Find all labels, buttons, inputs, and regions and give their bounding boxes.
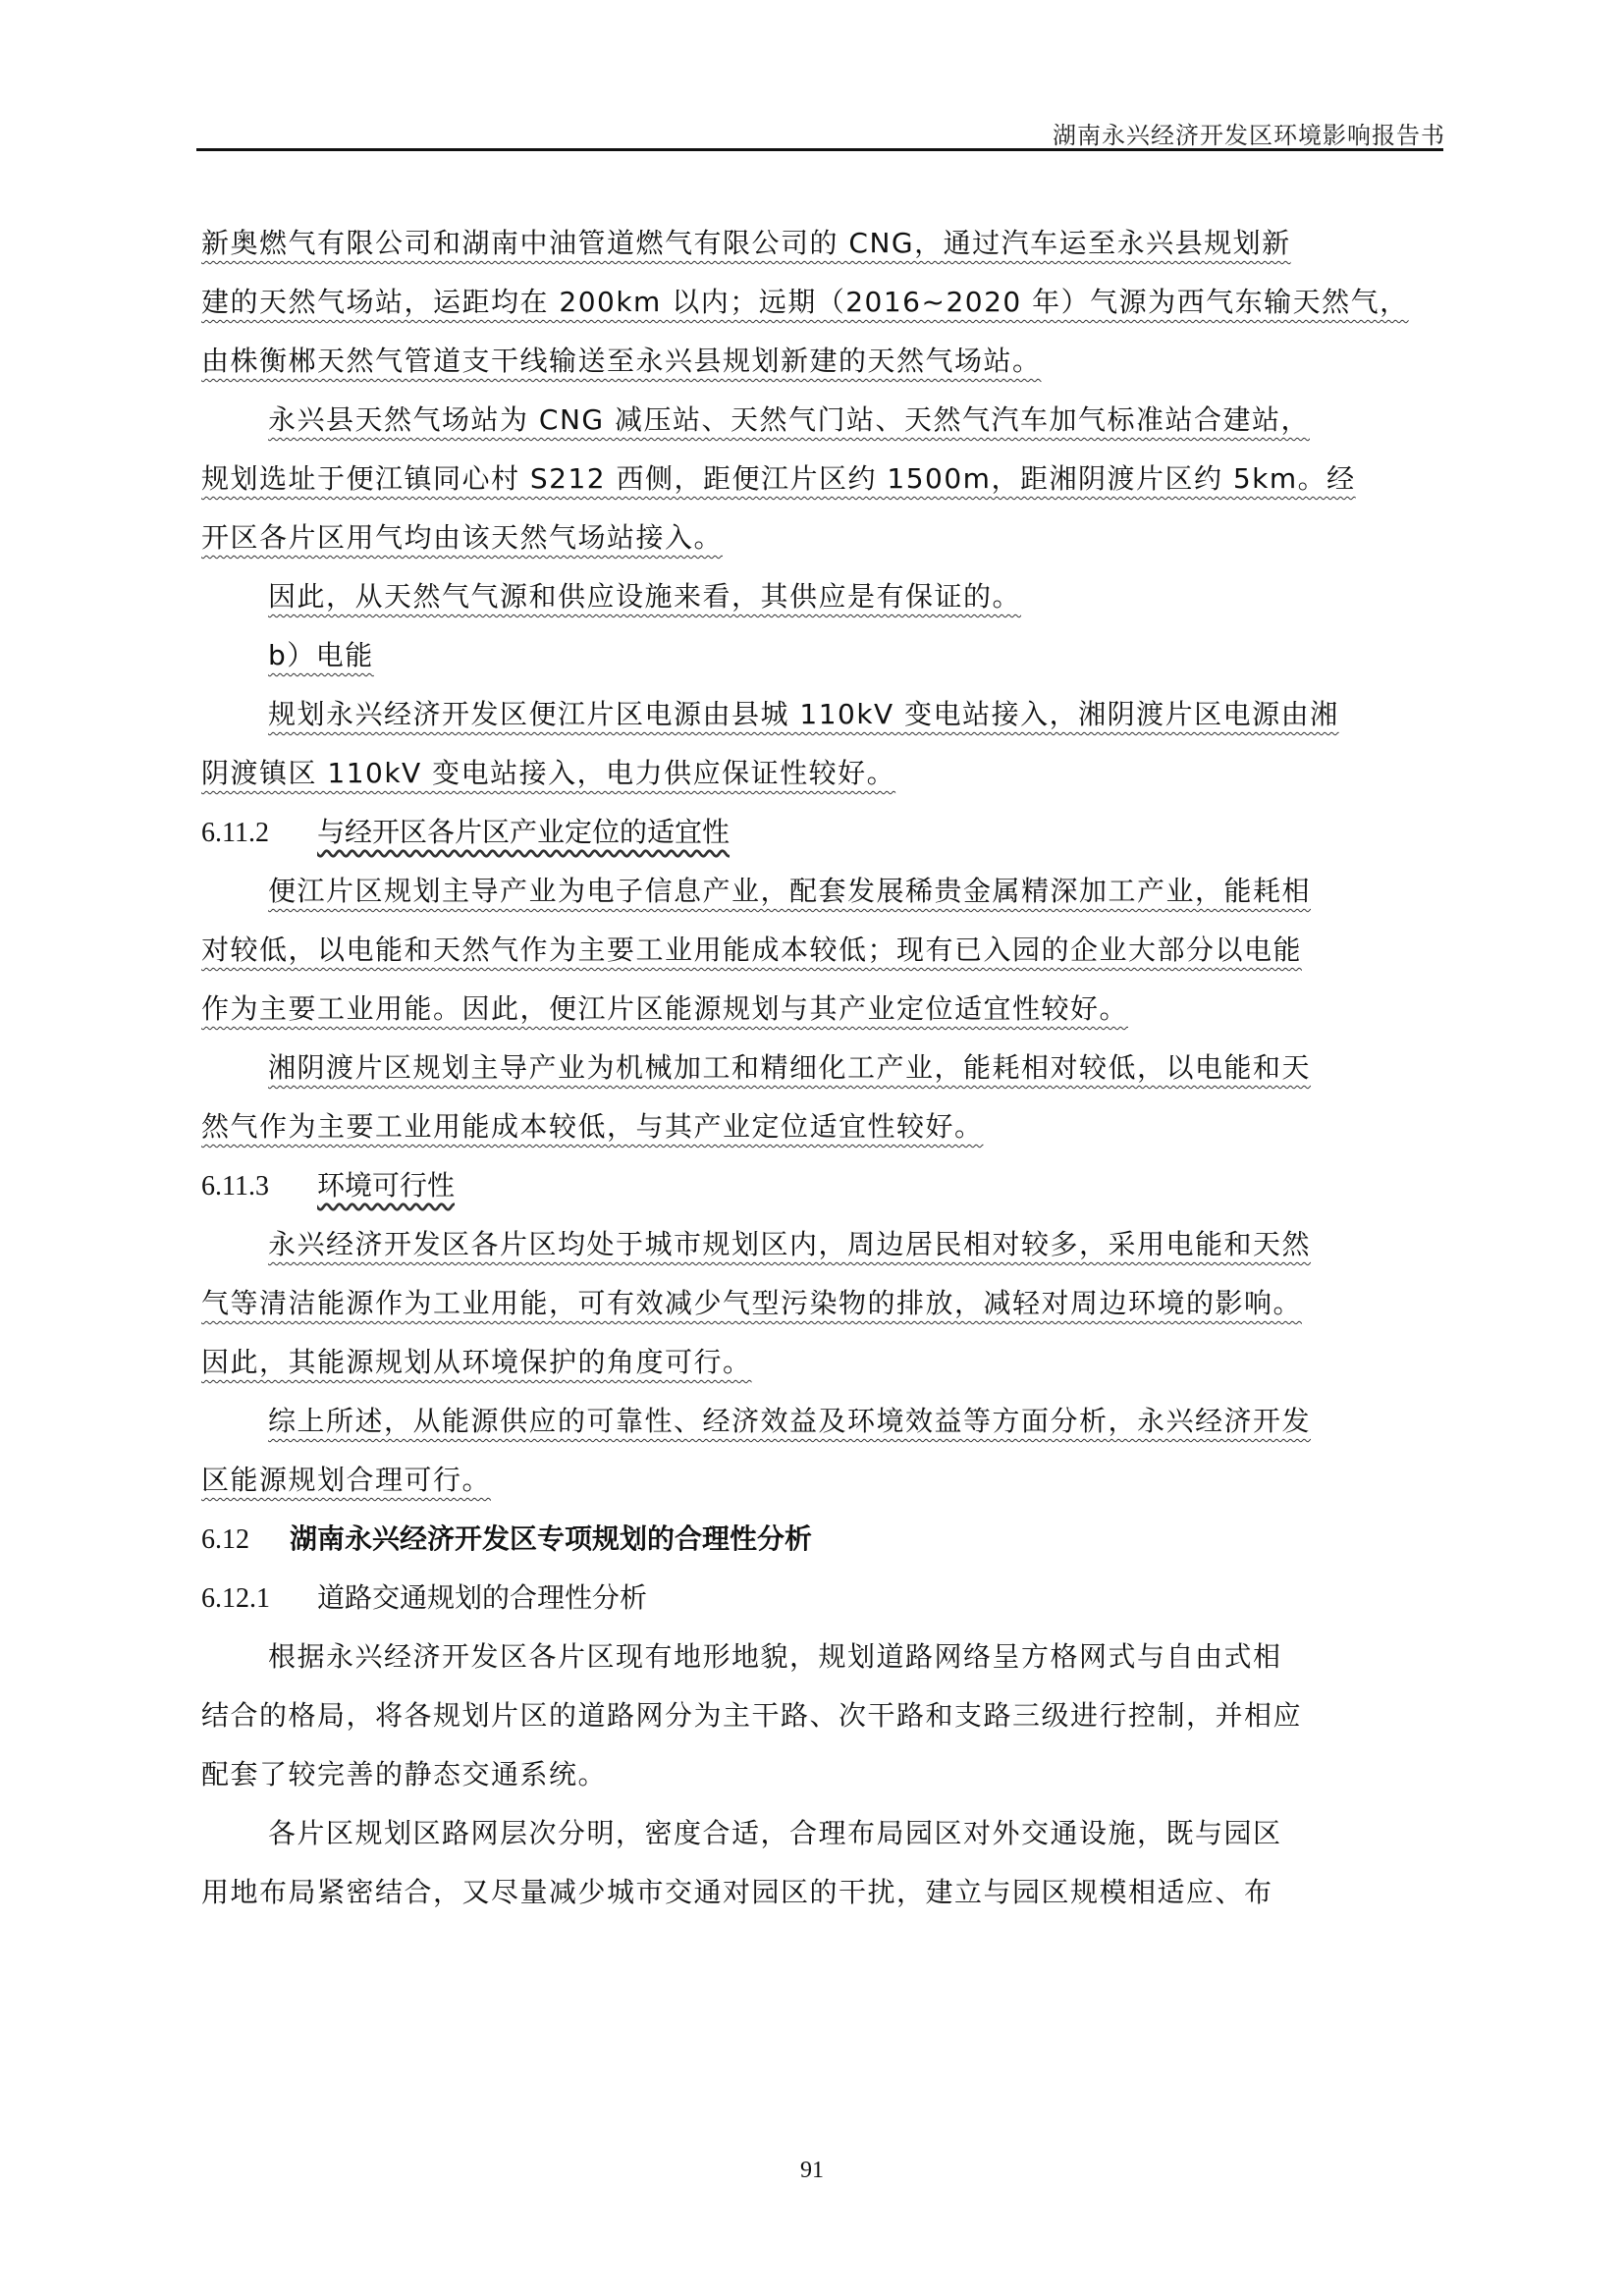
subsection-label-electricity: b）电能: [201, 626, 1448, 685]
text-line: 用地布局紧密结合，又尽量减少城市交通对园区的干扰，建立与园区规模相适应、布: [201, 1863, 1448, 1922]
section-number: 6.12: [201, 1511, 290, 1570]
section-heading-6-11-3: 6.11.3环境可行性: [201, 1156, 1448, 1215]
text-line: 规划选址于便江镇同心村 S212 西侧，距便江片区约 1500m，距湘阴渡片区约…: [201, 450, 1448, 508]
section-heading-6-12: 6.12湖南永兴经济开发区专项规划的合理性分析: [201, 1510, 1448, 1569]
text-line: 便江片区规划主导产业为电子信息产业，配套发展稀贵金属精深加工产业，能耗相: [201, 862, 1448, 921]
text-line: 作为主要工业用能。因此，便江片区能源规划与其产业定位适宜性较好。: [201, 980, 1448, 1039]
text-line: 因此，其能源规划从环境保护的角度可行。: [201, 1333, 1448, 1392]
section-number: 6.11.2: [201, 804, 317, 863]
text-line: 阴渡镇区 110kV 变电站接入，电力供应保证性较好。: [201, 744, 1448, 803]
text-line: 永兴县天然气场站为 CNG 减压站、天然气门站、天然气汽车加气标准站合建站，: [201, 391, 1448, 450]
text-line: 规划永兴经济开发区便江片区电源由县城 110kV 变电站接入，湘阴渡片区电源由湘: [201, 685, 1448, 744]
text-line: 综上所述，从能源供应的可靠性、经济效益及环境效益等方面分析，永兴经济开发: [201, 1392, 1448, 1451]
section-heading-6-11-2: 6.11.2与经开区各片区产业定位的适宜性: [201, 803, 1448, 862]
page-number: 91: [0, 2158, 1624, 2184]
text-line: 配套了较完善的静态交通系统。: [201, 1745, 1448, 1804]
section-number: 6.11.3: [201, 1157, 317, 1216]
header-divider: [196, 148, 1443, 151]
text-line: 各片区规划区路网层次分明，密度合适，合理布局园区对外交通设施，既与园区: [201, 1804, 1448, 1863]
text-line: 开区各片区用气均由该天然气场站接入。: [201, 508, 1448, 567]
document-body: 新奥燃气有限公司和湖南中油管道燃气有限公司的 CNG，通过汽车运至永兴县规划新 …: [201, 214, 1448, 1922]
text-line: 建的天然气场站，运距均在 200km 以内；远期（2016~2020 年）气源为…: [201, 273, 1448, 332]
text-line: 由株衡郴天然气管道支干线输送至永兴县规划新建的天然气场站。: [201, 332, 1448, 391]
text-line: 根据永兴经济开发区各片区现有地形地貌，规划道路网络呈方格网式与自由式相: [201, 1628, 1448, 1686]
text-line: 因此，从天然气气源和供应设施来看，其供应是有保证的。: [201, 567, 1448, 626]
section-title: 与经开区各片区产业定位的适宜性: [317, 816, 730, 848]
text-line: 然气作为主要工业用能成本较低，与其产业定位适宜性较好。: [201, 1097, 1448, 1156]
section-heading-6-12-1: 6.12.1道路交通规划的合理性分析: [201, 1569, 1448, 1628]
section-title: 道路交通规划的合理性分析: [317, 1581, 647, 1614]
document-header-title: 湖南永兴经济开发区环境影响报告书: [1053, 116, 1445, 150]
text-line: 区能源规划合理可行。: [201, 1451, 1448, 1510]
text-line: 对较低，以电能和天然气作为主要工业用能成本较低；现有已入园的企业大部分以电能: [201, 921, 1448, 980]
text-line: 永兴经济开发区各片区均处于城市规划区内，周边居民相对较多，采用电能和天然: [201, 1215, 1448, 1274]
text-line: 湘阴渡片区规划主导产业为机械加工和精细化工产业，能耗相对较低，以电能和天: [201, 1039, 1448, 1097]
section-number: 6.12.1: [201, 1570, 317, 1629]
text-line: 新奥燃气有限公司和湖南中油管道燃气有限公司的 CNG，通过汽车运至永兴县规划新: [201, 214, 1448, 273]
section-title: 湖南永兴经济开发区专项规划的合理性分析: [290, 1522, 812, 1555]
text-line: 结合的格局，将各规划片区的道路网分为主干路、次干路和支路三级进行控制，并相应: [201, 1686, 1448, 1745]
text-line: 气等清洁能源作为工业用能，可有效减少气型污染物的排放，减轻对周边环境的影响。: [201, 1274, 1448, 1333]
section-title: 环境可行性: [317, 1169, 455, 1201]
